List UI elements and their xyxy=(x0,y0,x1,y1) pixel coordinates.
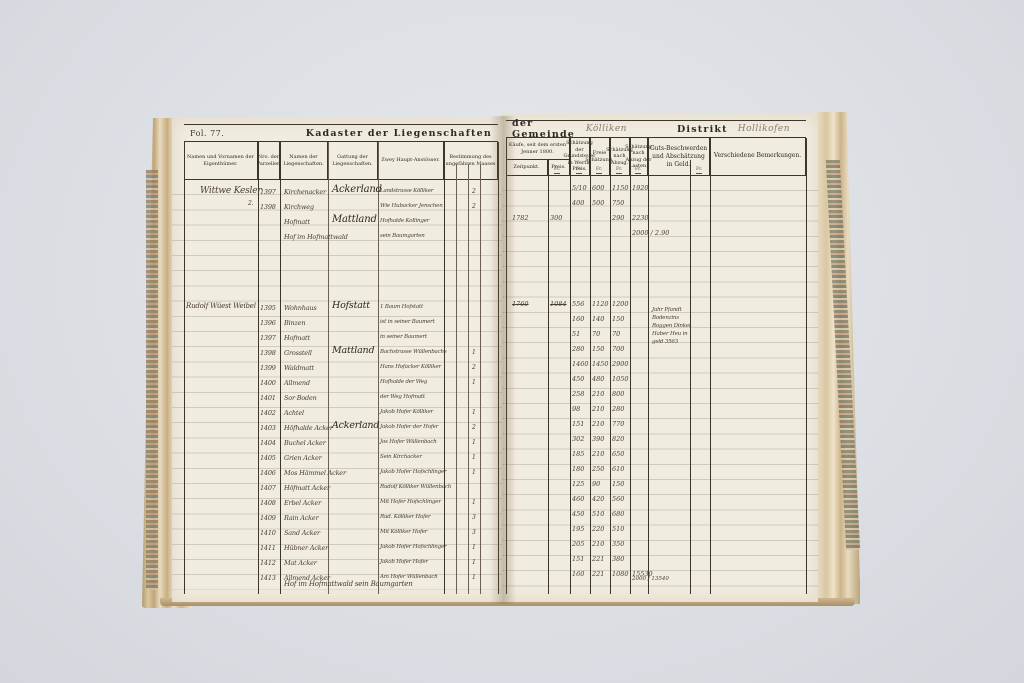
neighbours: in seiner Baumert xyxy=(380,334,427,340)
neighbours: Jakob Hofer Hofer xyxy=(380,559,428,565)
value-c1: 185 xyxy=(572,450,584,458)
gemeinde-name: Kölliken xyxy=(586,124,627,134)
col-measure: Bestimmung des ungefähren Maases xyxy=(444,142,498,180)
neighbours: Mit Kölliker Hofer xyxy=(380,529,427,535)
value-c1: 460 xyxy=(572,495,584,503)
neighbours: ist in seiner Baumert xyxy=(380,319,435,325)
property-name: Höfmatt Acker xyxy=(284,484,330,492)
rule xyxy=(456,164,457,594)
measure: 1 xyxy=(472,439,476,446)
col-remarks: Verschiedene Bemerkungen. xyxy=(710,138,806,176)
property-type: Ackerland xyxy=(332,420,379,431)
owner-sub: 2. xyxy=(248,200,253,207)
parcel-nr: 1407 xyxy=(260,484,276,492)
property-type: Ackerland xyxy=(332,184,382,195)
measure: 2 xyxy=(472,364,476,371)
value-c2: 210 xyxy=(592,405,604,413)
left-page: Fol. 77. Kadaster der Liegenschaften Nam… xyxy=(172,118,504,602)
value-c2: 210 xyxy=(592,450,604,458)
value-c1: 160 xyxy=(572,570,584,578)
col-owner: Namen und Vornamen der Eigenthümer. xyxy=(184,142,258,180)
left-title-strip: Fol. 77. Kadaster der Liegenschaften xyxy=(184,124,498,142)
rule xyxy=(710,138,711,594)
parcel-nr: 1401 xyxy=(260,394,276,402)
currency-mark: Fr. xyxy=(576,167,582,174)
value-c1: 5/10 xyxy=(572,184,587,192)
value-c4: 2000 / 2.90 xyxy=(632,229,669,237)
property-name: Höfhalde Acker xyxy=(284,424,333,432)
rule xyxy=(444,142,445,594)
value-c3: 650 xyxy=(612,450,624,458)
value-c2: 210 xyxy=(592,390,604,398)
value-c2: 220 xyxy=(592,525,604,533)
property-name: Erbel Acker xyxy=(284,499,321,507)
measure: 3 xyxy=(472,514,476,521)
value-preis: 1084 xyxy=(550,300,567,308)
value-c1: 160 xyxy=(572,315,584,323)
value-c3: 380 xyxy=(612,555,624,563)
measure: 1 xyxy=(472,379,476,386)
value-c1: 302 xyxy=(572,435,584,443)
currency-mark: Fr. xyxy=(554,167,560,174)
value-c2: 250 xyxy=(592,465,604,473)
gemeinde-label: der Gemeinde xyxy=(512,118,576,140)
value-c4: 2230 xyxy=(632,214,649,222)
value-c3: 770 xyxy=(612,420,624,428)
property-name: Kirchenacker xyxy=(284,188,326,196)
property-name: Hofmatt xyxy=(284,334,310,342)
value-c3: 1080 xyxy=(612,570,629,578)
currency-mark: Fr. xyxy=(616,167,622,174)
measure: 1 xyxy=(472,409,476,416)
value-c1: 98 xyxy=(572,405,580,413)
measure: 2 xyxy=(472,203,476,210)
neighbours: Hans Hofacker Kölliker xyxy=(380,364,441,370)
neighbours: Wie Hubacker Jenschen xyxy=(380,203,443,209)
col-neighbours: Zwey Haupt-Anstösser. xyxy=(378,142,444,180)
col-purchases: Käufe, seit dem ersten Jenner 1800. xyxy=(506,138,570,160)
value-c1: 205 xyxy=(572,540,584,548)
neighbours: Bachstrasse Wüllenbachs xyxy=(380,349,446,355)
measure: 1 xyxy=(472,469,476,476)
value-c2: 1120 xyxy=(592,300,609,308)
property-name: Mat Acker xyxy=(284,559,317,567)
property-name: Hof im Hofmattwald xyxy=(284,233,348,241)
value-c3: 1050 xyxy=(612,375,629,383)
property-name: Kirchweg xyxy=(284,203,314,211)
parcel-nr: 1403 xyxy=(260,424,276,432)
parcel-nr: 1408 xyxy=(260,499,276,507)
neighbours: Hofhalde Kollinger xyxy=(380,218,429,224)
value-c1: 280 xyxy=(572,345,584,353)
value-c2: 390 xyxy=(592,435,604,443)
property-type: Mattland xyxy=(332,345,374,356)
rule xyxy=(378,142,379,594)
value-c2: 150 xyxy=(592,345,604,353)
folio-number: Fol. 77. xyxy=(190,129,224,138)
parcel-nr: 1399 xyxy=(260,364,276,372)
property-type: Mattland xyxy=(332,214,377,225)
neighbours: Rudolf Kölliker Wüllenbach xyxy=(380,484,451,490)
register-title: Kadaster der Liegenschaften xyxy=(306,128,492,139)
value-zeit: 1782 xyxy=(512,214,529,222)
value-c2: 221 xyxy=(592,555,604,563)
measure: 3 xyxy=(472,529,476,536)
property-name: Grosstell xyxy=(284,349,312,357)
value-c3: 150 xyxy=(612,315,624,323)
neighbours: Mit Hofer Hofschlinger xyxy=(380,499,441,505)
property-name: Sor Boden xyxy=(284,394,317,402)
measure: 1 xyxy=(472,454,476,461)
value-c2: 90 xyxy=(592,480,600,488)
value-c1: 400 xyxy=(572,199,584,207)
neighbours: Rud. Kölliker Hofer xyxy=(380,514,430,520)
right-title-strip: der Gemeinde Kölliken Distrikt Hollikofe… xyxy=(506,120,806,138)
property-name: Binzen xyxy=(284,319,305,327)
value-c4: 1920 xyxy=(632,184,649,192)
right-page: der Gemeinde Kölliken Distrikt Hollikofe… xyxy=(502,114,818,602)
value-c2: 480 xyxy=(592,375,604,383)
rule xyxy=(690,160,691,594)
value-c3: 150 xyxy=(612,480,624,488)
property-name: Hübner Acker xyxy=(284,544,328,552)
parcel-nr: 1398 xyxy=(260,203,276,211)
property-name: Buchel Acker xyxy=(284,439,326,447)
rule xyxy=(468,164,469,594)
owner-name: Wittwe Kesler xyxy=(200,186,261,196)
measure: 1 xyxy=(472,499,476,506)
parcel-nr: 1397 xyxy=(260,334,276,342)
value-c1: 51 xyxy=(572,330,580,338)
owner-name: Rudolf Wüest Weibel xyxy=(186,302,256,310)
rule xyxy=(328,142,329,594)
value-c3: 510 xyxy=(612,525,624,533)
property-name: Rain Acker xyxy=(284,514,318,522)
measure: 2 xyxy=(472,188,476,195)
value-c1: 258 xyxy=(572,390,584,398)
neighbours: 1 Baum Hofstatt xyxy=(380,304,423,310)
value-c2: 221 xyxy=(592,570,604,578)
value-c2: 210 xyxy=(592,540,604,548)
col-parcel-nr: Nro. der Parzellen xyxy=(258,142,280,180)
neighbours: Jakob Hofer Hofschlinger xyxy=(380,544,446,550)
property-name: Allmend xyxy=(284,379,310,387)
value-c2: 140 xyxy=(592,315,604,323)
value-c3: 680 xyxy=(612,510,624,518)
value-c1: 151 xyxy=(572,555,584,563)
value-c3: 610 xyxy=(612,465,624,473)
currency-mark: Fr. xyxy=(635,167,641,174)
value-c3: 280 xyxy=(612,405,624,413)
parcel-nr: 1410 xyxy=(260,529,276,537)
value-zeit: 1760 xyxy=(512,300,529,308)
property-name: Waldmatt xyxy=(284,364,314,372)
value-c3: 1150 xyxy=(612,184,629,192)
value-c2: 600 xyxy=(592,184,604,192)
parcel-nr: 1395 xyxy=(260,304,276,312)
property-type: Hofstatt xyxy=(332,300,370,311)
rule xyxy=(480,164,481,594)
parcel-nr: 1409 xyxy=(260,514,276,522)
property-name: Achtel xyxy=(284,409,304,417)
measure: 1 xyxy=(472,559,476,566)
rule xyxy=(506,138,507,594)
measure: 1 xyxy=(472,574,476,581)
value-c3: 800 xyxy=(612,390,624,398)
value-c3: 750 xyxy=(612,199,624,207)
parcel-nr: 1397 xyxy=(260,188,276,196)
rule xyxy=(630,138,631,594)
rule xyxy=(498,142,499,594)
rule xyxy=(280,142,281,594)
neighbours: Sein Kirchacker xyxy=(380,454,422,460)
value-c1: 450 xyxy=(572,510,584,518)
value-c3: 820 xyxy=(612,435,624,443)
value-c1: 125 xyxy=(572,480,584,488)
value-c3: 290 xyxy=(612,214,624,222)
open-ledger-book: Fol. 77. Kadaster der Liegenschaften Nam… xyxy=(0,0,1024,683)
neighbours: Jakob Hofer der Hofer xyxy=(380,424,438,430)
value-c2: 420 xyxy=(592,495,604,503)
parcel-nr: 1411 xyxy=(260,544,276,552)
parcel-nr: 1398 xyxy=(260,349,276,357)
property-name: Wohnhaus xyxy=(284,304,317,312)
value-c3: 560 xyxy=(612,495,624,503)
district-name: Hollikofen xyxy=(738,124,790,134)
value-c1: 151 xyxy=(572,420,584,428)
parcel-nr: 1400 xyxy=(260,379,276,387)
left-marbled-cover-edge xyxy=(146,170,158,590)
rule xyxy=(548,160,549,594)
value-c3: 1200 xyxy=(612,300,629,308)
parcel-nr: 1402 xyxy=(260,409,276,417)
rule xyxy=(648,138,649,594)
currency-mark: Fr. xyxy=(596,167,602,174)
value-c1: 195 xyxy=(572,525,584,533)
block-2-total: 2000 / 13540 xyxy=(632,576,669,582)
parcel-nr: 1405 xyxy=(260,454,276,462)
parcel-nr: 1412 xyxy=(260,559,276,567)
district-label: Distrikt xyxy=(677,124,728,135)
parcel-nr: 1404 xyxy=(260,439,276,447)
neighbours: Jos Hofer Wüllenbach xyxy=(380,439,437,445)
property-name: Hofmatt xyxy=(284,218,310,226)
rule xyxy=(806,138,807,594)
parcel-nr: 1396 xyxy=(260,319,276,327)
value-c3: 700 xyxy=(612,345,624,353)
neighbours: sein Baumgarten xyxy=(380,233,425,239)
footer-note: Hof im Hofmattwald sein Baumgarten xyxy=(284,580,413,588)
value-c3: 2900 xyxy=(612,360,629,368)
property-name: Mos Hämmel Acker xyxy=(284,469,346,477)
value-c2: 210 xyxy=(592,420,604,428)
rule xyxy=(184,142,185,594)
value-c1: 180 xyxy=(572,465,584,473)
value-c1: 1460 xyxy=(572,360,589,368)
col-date: Zeitpunkt. xyxy=(506,160,548,176)
parcel-nr: 1406 xyxy=(260,469,276,477)
currency-mark: Fr. xyxy=(696,167,702,174)
value-c1: 556 xyxy=(572,300,584,308)
value-preis: 300 xyxy=(550,214,562,222)
parcel-nr: 1413 xyxy=(260,574,276,582)
col-property-name: Namen der Liegenschaften. xyxy=(280,142,328,180)
property-name: Grien Acker xyxy=(284,454,322,462)
neighbours: Landstrasse Kölliker xyxy=(380,188,433,194)
value-c2: 510 xyxy=(592,510,604,518)
value-c2: 500 xyxy=(592,199,604,207)
neighbours: Jakob Hofer Hofschlinger xyxy=(380,469,446,475)
ruled-lines xyxy=(172,180,504,590)
value-c2: 70 xyxy=(592,330,600,338)
value-c3: 70 xyxy=(612,330,620,338)
col-property-type: Gattung der Liegenschaften. xyxy=(328,142,378,180)
measure: 1 xyxy=(472,349,476,356)
property-name: Sand Acker xyxy=(284,529,320,537)
neighbours: Jakob Hofer Kölliker xyxy=(380,409,433,415)
measure: 1 xyxy=(472,544,476,551)
neighbours: Hofhalde der Weg xyxy=(380,379,427,385)
measure: 2 xyxy=(472,424,476,431)
encumbrance-note: Jahr Pfandt Bodenzins Roggen Dinkel Habe… xyxy=(652,306,696,346)
value-c1: 450 xyxy=(572,375,584,383)
neighbours: der Weg Hofmatt xyxy=(380,394,425,400)
ruled-lines xyxy=(502,176,818,590)
value-c2: 1450 xyxy=(592,360,609,368)
value-c3: 350 xyxy=(612,540,624,548)
